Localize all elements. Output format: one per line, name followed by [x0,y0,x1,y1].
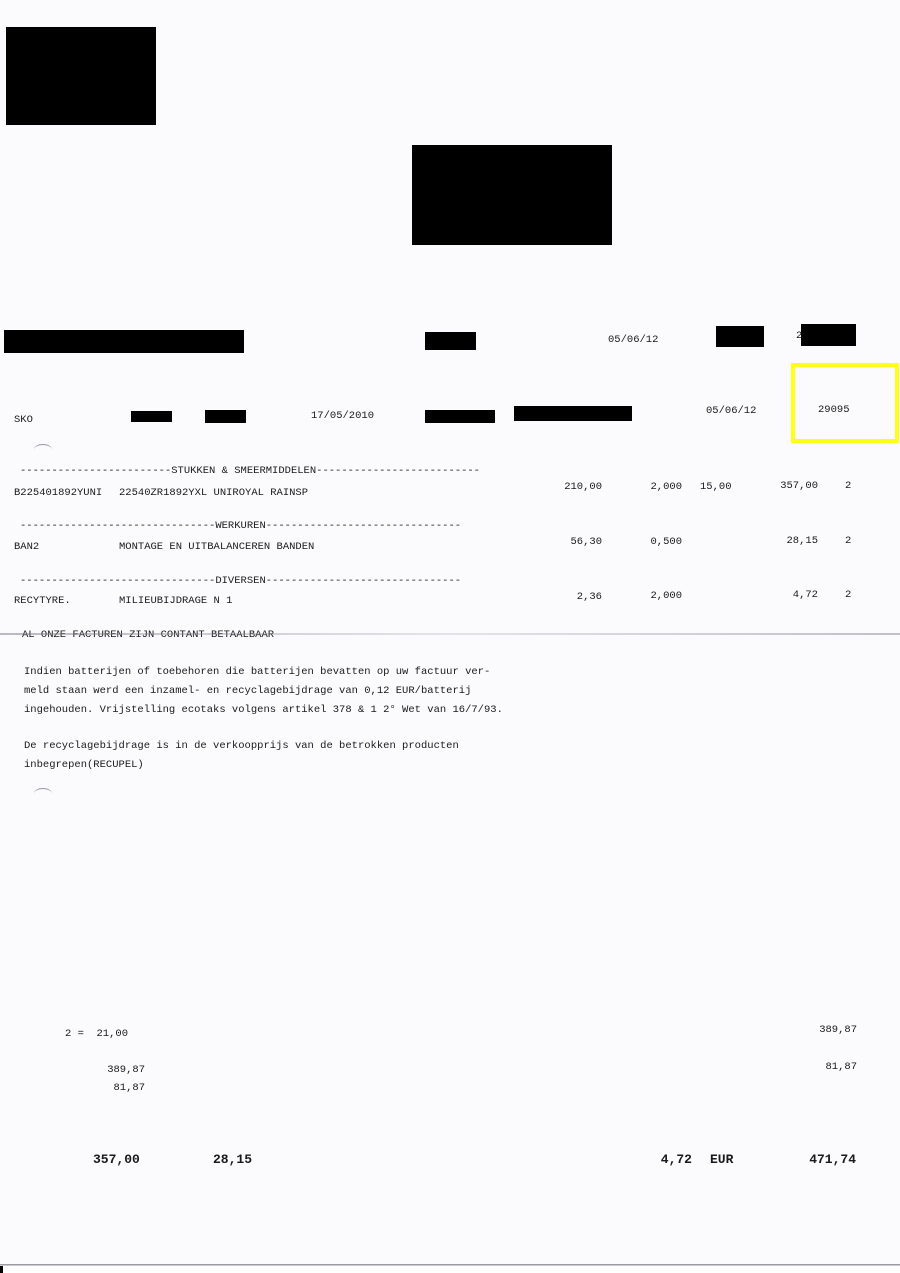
section-title-parts: ------------------------STUKKEN & SMEERM… [20,465,480,477]
vat-rate-label: 2 = 21,00 [65,1028,128,1040]
vat-amount: 81,87 [95,1082,145,1094]
line-unit-price: 2,36 [560,591,602,603]
line-amount: 357,00 [770,480,818,492]
customer-code: SKO [14,414,33,426]
line-vat-code: 2 [845,589,851,601]
section-title-misc: -------------------------------DIVERSEN-… [20,575,461,587]
page-edge [0,1264,900,1273]
line-description: 22540ZR1892YXL UNIROYAL RAINSP [119,487,308,499]
line-description: MONTAGE EN UITBALANCEREN BANDEN [119,541,314,553]
vat-base: 389,87 [95,1064,145,1076]
battery-note-line-1: Indien batterijen of toebehoren die batt… [24,663,490,682]
line-vat-code: 2 [845,535,851,547]
line-quantity: 2,000 [640,481,682,493]
recupel-note-line-1: De recyclagebijdrage is in de verkooppri… [24,737,459,756]
payment-notice: AL ONZE FACTUREN ZIJN CONTANT BETAALBAAR [22,629,274,641]
line-quantity: 0,500 [640,536,682,548]
vat-base-right: 389,87 [805,1024,857,1036]
line-vat-code: 2 [845,480,851,492]
partial-digit: 2 [796,330,802,342]
battery-note-line-3: ingehouden. Vrijstelling ecotaks volgens… [24,701,503,720]
line-amount: 28,15 [770,535,818,547]
line-discount: 15,00 [700,481,732,493]
line-code: RECYTYRE. [14,595,71,607]
section-title-labour: -------------------------------WERKUREN-… [20,520,461,532]
redacted-customer-address [412,145,612,245]
battery-note-line-2: meld staan werd een inzamel- en recyclag… [24,682,471,701]
redacted-logo [6,27,156,125]
line-unit-price: 56,30 [560,536,602,548]
line-amount: 4,72 [770,589,818,601]
vat-amount-right: 81,87 [805,1061,857,1073]
invoice-number-highlight [791,363,899,443]
redacted-field [801,324,856,346]
total-misc: 4,72 [640,1152,692,1167]
line-quantity: 2,000 [640,590,682,602]
line-code: B225401892YUNI [14,487,102,499]
line-description: MILIEUBIJDRAGE N 1 [119,595,232,607]
redacted-field [514,406,632,421]
total-parts: 357,00 [93,1152,140,1167]
recupel-note-line-2: inbegrepen(RECUPEL) [24,756,144,775]
redacted-field [425,410,495,423]
line-code: BAN2 [14,541,39,553]
total-labour: 28,15 [213,1152,252,1167]
grand-total: 471,74 [790,1152,856,1167]
currency-label: EUR [710,1152,733,1167]
invoice-date: 05/06/12 [706,405,756,417]
redacted-field [131,411,172,422]
line-unit-price: 210,00 [560,481,602,493]
redacted-field [425,332,476,350]
page-corner [0,1266,3,1273]
redacted-customer-name [4,330,244,353]
redacted-field [205,410,246,423]
paper-mark [34,444,52,455]
invoice-number: 29095 [818,404,850,416]
paper-fold [0,633,900,635]
vehicle-date: 17/05/2010 [311,410,374,422]
invoice-date-top: 05/06/12 [608,334,658,346]
redacted-field [716,326,764,347]
paper-mark [34,788,52,799]
